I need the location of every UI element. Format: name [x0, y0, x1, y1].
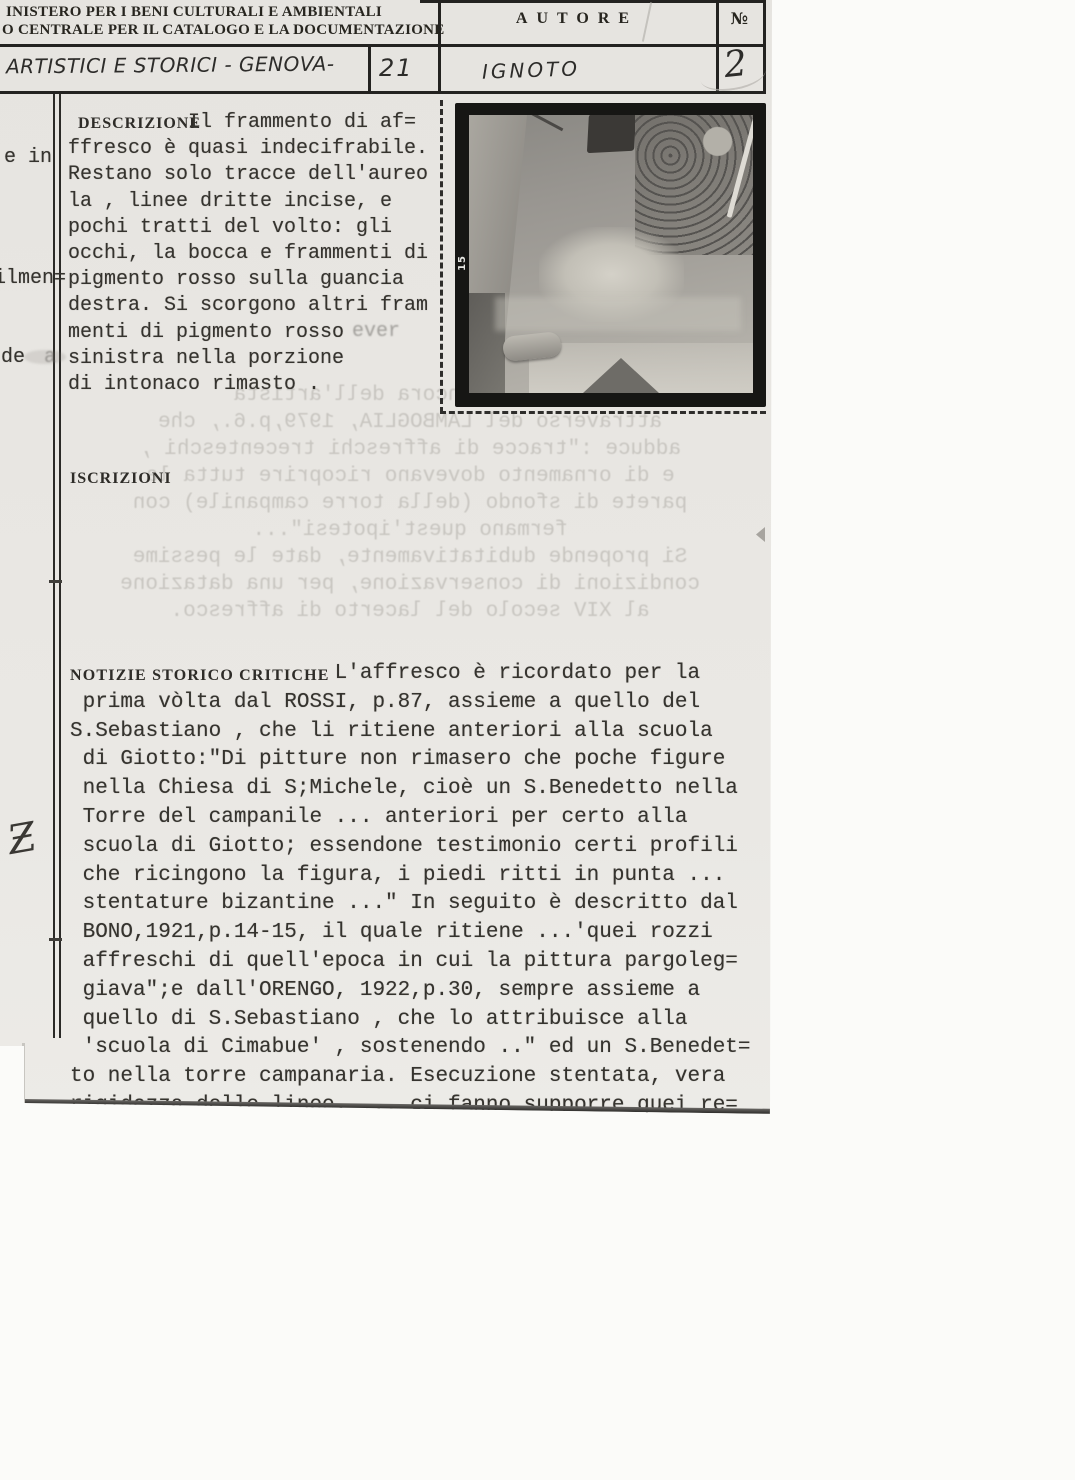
descrizione-text: Il frammento di af= ffresco è quasi inde… — [68, 110, 428, 398]
smudged-letter: a — [44, 346, 56, 369]
photo-dashed-border-bottom — [440, 411, 766, 414]
table-top-border — [420, 0, 766, 3]
handwritten-number: 21 — [379, 54, 414, 82]
table-vline-number-cell — [368, 46, 371, 92]
photo-of-fresco-wall — [469, 115, 753, 393]
page-corner-edge — [22, 1043, 25, 1103]
table-bottom-border — [0, 91, 766, 94]
ministry-line-2: O CENTRALE PER IL CATALOGO E LA DOCUMENT… — [2, 22, 445, 39]
smudged-word: ever — [352, 320, 400, 343]
catalog-card-page: INISTERO PER I BENI CULTURALI E AMBIENTA… — [0, 0, 772, 1118]
table-right-border — [763, 0, 766, 94]
margin-fragment-3: de — [1, 346, 25, 369]
margin-fragment-2: ilmen= — [0, 267, 66, 290]
ministry-line-1: INISTERO PER I BENI CULTURALI E AMBIENTA… — [6, 4, 382, 21]
photo-frame: 15 — [455, 103, 766, 407]
rule-tick-2 — [49, 938, 62, 941]
handwritten-category: ARTISTICI E STORICI - GENOVA- — [6, 52, 335, 79]
iscrizioni-label: ISCRIZIONI — [70, 470, 172, 488]
scan-background: { "document": { "header": { "ministry_li… — [0, 0, 1075, 1480]
autore-column-header: AUTORE — [438, 10, 716, 28]
photo-dashed-border-left — [440, 100, 443, 413]
photo-dark-opening — [587, 115, 636, 153]
wrinkle-mark — [698, 54, 768, 95]
notizie-text: L'affresco è ricordato per la prima vòlt… — [70, 660, 751, 1121]
handwritten-autore: IGNOTO — [482, 56, 581, 83]
photo-light-streak — [495, 297, 741, 331]
margin-fragment-1: e in — [4, 146, 52, 169]
photo-stick — [527, 115, 564, 131]
numero-column-header: № — [716, 9, 763, 28]
margin-rule-outer — [53, 94, 55, 1038]
table-row-divider — [0, 44, 766, 47]
ghost-bleedthrough-text: si trova ancora dell'artista attraverso … — [60, 382, 760, 625]
film-frame-number: 15 — [457, 255, 468, 271]
margin-annotation-mark: Ƶ — [4, 814, 39, 864]
